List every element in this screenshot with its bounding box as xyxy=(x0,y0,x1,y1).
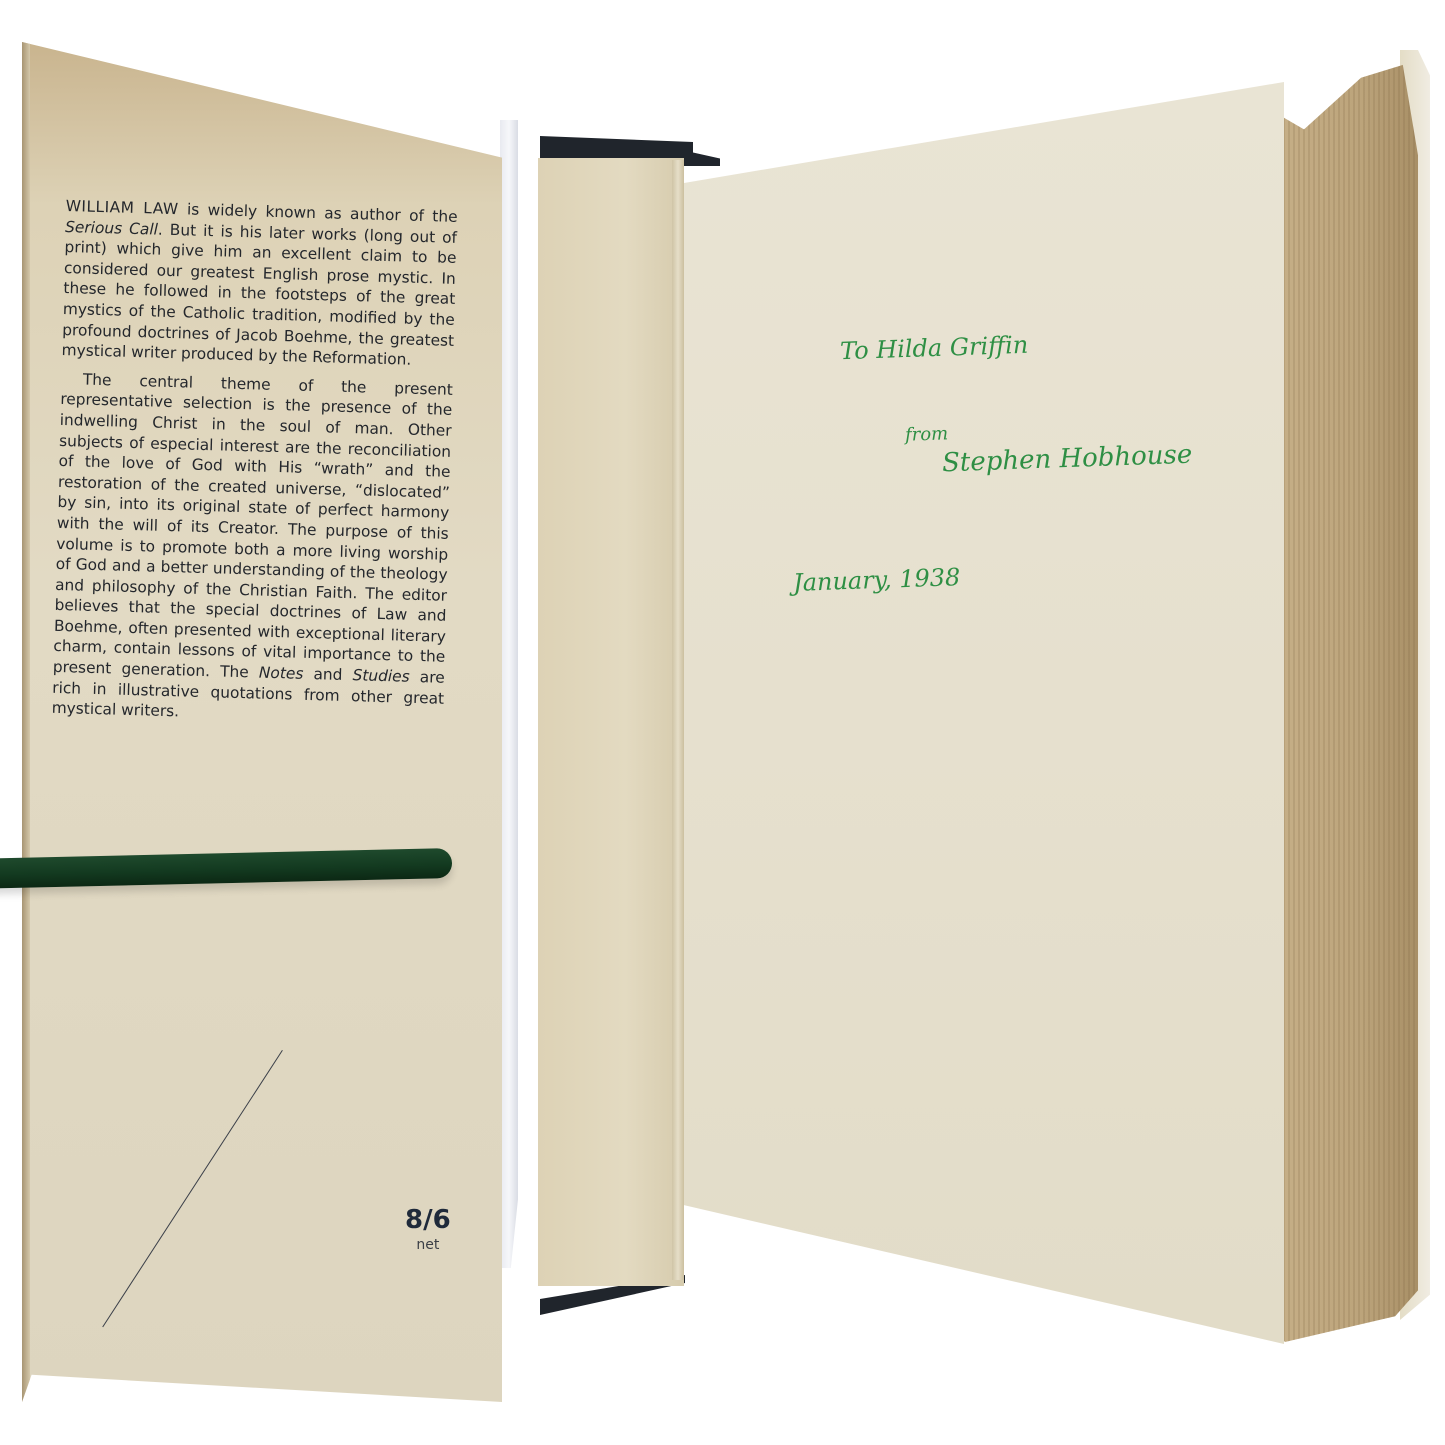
price-amount: 8/6 xyxy=(405,1205,451,1235)
blurb-text: . But it is his later works (long out of… xyxy=(61,220,457,369)
jacket-fold-edge xyxy=(500,120,518,1268)
price-suffix: net xyxy=(405,1237,451,1253)
studies-title: Studies xyxy=(352,666,410,686)
inscription-from: from xyxy=(905,423,949,445)
blurb-paragraph-2: The central theme of the present represe… xyxy=(51,369,453,730)
notes-title: Notes xyxy=(259,664,304,683)
book-title-serious-call: Serious Call xyxy=(65,218,158,239)
blurb-text: and xyxy=(303,665,353,684)
open-book-photo: WILLIAM LAW is widely known as author of… xyxy=(0,0,1445,1445)
blurb-text: The central theme of the present represe… xyxy=(53,370,453,681)
blurb-paragraph-1: WILLIAM LAW is widely known as author of… xyxy=(61,196,457,372)
book-hinge xyxy=(672,160,684,1280)
price-label: 8/6 net xyxy=(405,1205,451,1253)
jacket-blurb: WILLIAM LAW is widely known as author of… xyxy=(51,196,457,730)
flyleaf-page xyxy=(684,82,1284,1344)
pastedown-endpaper xyxy=(538,158,684,1286)
blurb-lead: WILLIAM LAW xyxy=(65,197,178,218)
inscription-date: January, 1938 xyxy=(793,563,961,597)
